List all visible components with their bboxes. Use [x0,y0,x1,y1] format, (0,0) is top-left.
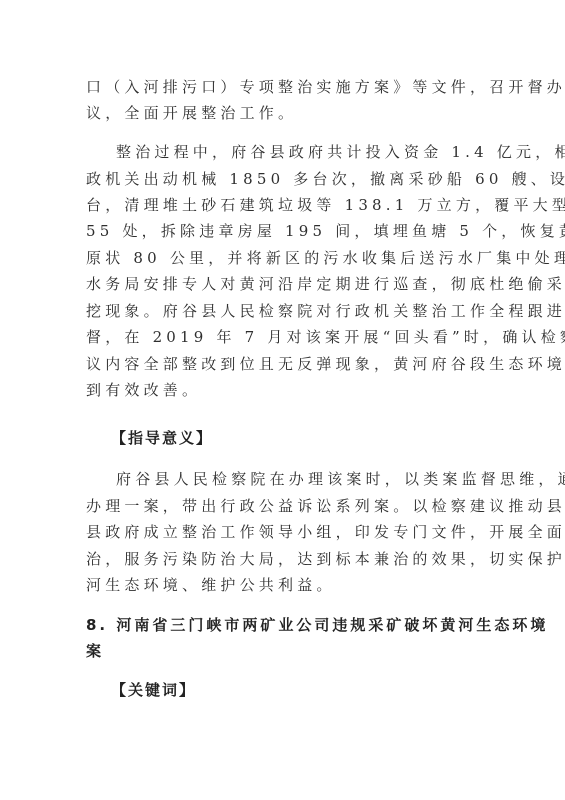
text-line: 政机关出动机械 1850 多台次，撤离采砂船 60 艘、设备 73 [86,170,486,188]
text-line: 55 处，拆除违章房屋 195 间，填埋鱼塘 5 个，恢复黄河沿岸 [86,222,486,240]
text-line: 口（入河排污口）专项整治实施方案》等文件，召开督办会 [86,78,486,96]
text-line: 议，全面开展整治工作。 [86,104,486,122]
paragraph-first-line: 府谷县人民检察院在办理该案时，以类案监督思维，通过 [116,470,516,488]
section-heading-guidance: 【指导意义】 [111,429,213,447]
text-line: 水务局安排专人对黄河沿岸定期进行巡查，彻底杜绝偷采乱 [86,275,486,293]
text-line: 治，服务污染防治大局，达到标本兼治的效果，切实保护黄 [86,550,486,568]
text-line: 到有效改善。 [86,381,486,399]
text-line: 办理一案，带出行政公益诉讼系列案。以检察建议推动县委、 [86,497,486,515]
text-line: 议内容全部整改到位且无反弹现象，黄河府谷段生态环境得 [86,355,486,373]
paragraph-first-line: 整治过程中，府谷县政府共计投入资金 1.4 亿元，相关行 [116,143,516,161]
text-line: 督，在 2019 年 7 月对该案开展“回头看”时，确认检察建 [86,328,486,346]
text-line: 县政府成立整治工作领导小组，印发专门文件，开展全面整 [86,523,486,541]
case-title: 8. 河南省三门峡市两矿业公司违规采矿破坏黄河生态环境 [86,616,486,634]
section-heading-keywords: 【关键词】 [111,681,196,699]
text-line: 河生态环境、维护公共利益。 [86,576,486,594]
text-line: 挖现象。府谷县人民检察院对行政机关整治工作全程跟进监 [86,302,486,320]
document-page: 口（入河排污口）专项整治实施方案》等文件，召开督办会 议，全面开展整治工作。 整… [0,0,565,800]
text-line: 台，清理堆土砂石建筑垃圾等 138.1 万立方，覆平大型沙坑 [86,196,486,214]
text-line: 原状 80 公里，并将新区的污水收集后送污水厂集中处理。 [86,249,486,267]
case-title-continued: 案 [86,642,486,660]
